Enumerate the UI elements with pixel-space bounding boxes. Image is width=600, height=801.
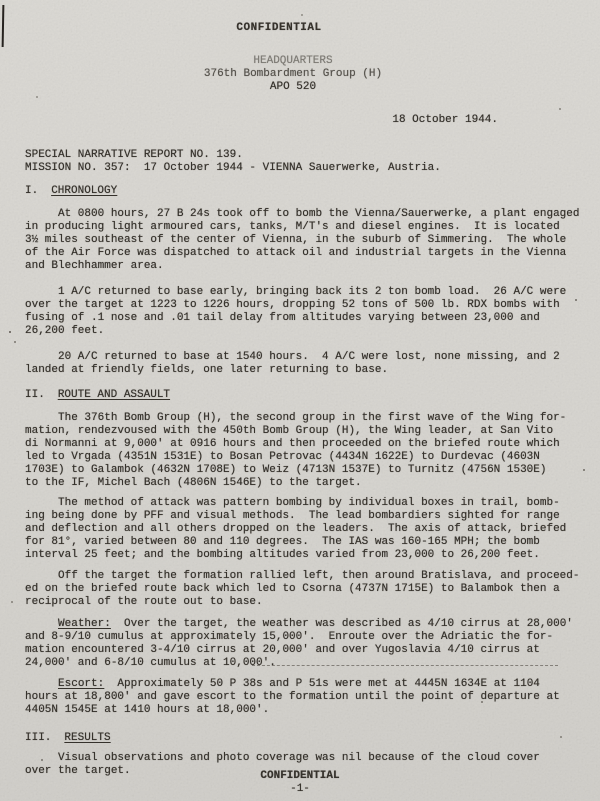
text-line: Off the target the formation rallied lef… — [25, 570, 575, 583]
section-number: II. — [25, 389, 45, 401]
text-line-weather-lead: Weather: Over the target, the weather wa… — [25, 618, 575, 631]
classification-footer: CONFIDENTIAL — [0, 770, 600, 783]
text-line: fusing of .1 nose and .01 tail delay fro… — [25, 312, 575, 325]
text-line: hours at 18,800' and gave escort to the … — [25, 691, 575, 704]
text-line: 24,000' and 6-8/10 cumulus at 10,000'. — [25, 657, 575, 670]
paragraph-route-2: The method of attack was pattern bombing… — [25, 497, 575, 562]
section-number: I. — [25, 185, 38, 197]
text-line: in producing light armoured cars, tanks,… — [25, 221, 575, 234]
section-heading-chronology: I.CHRONOLOGY — [25, 185, 575, 198]
text-line: over the target at 1223 to 1226 hours, d… — [25, 299, 575, 312]
paragraph-route-3: Off the target the formation rallied lef… — [25, 570, 575, 609]
letterhead-group: 376th Bombardment Group (H) — [18, 68, 568, 81]
escort-lead-text: Approximately 50 P 38s and P 51s were me… — [104, 678, 540, 690]
indent — [25, 678, 58, 690]
text-line: landed at friendly fields, one later ret… — [25, 364, 575, 377]
text-line: and Blechhammer area. — [25, 260, 575, 273]
text-line: 3½ miles southeast of the center of Vien… — [25, 234, 575, 247]
classification-header: CONFIDENTIAL — [4, 0, 554, 35]
text-line: interval 25 feet; and the bombing altitu… — [25, 549, 575, 562]
paragraph-escort: Escort: Approximately 50 P 38s and P 51s… — [25, 678, 575, 717]
text-line: 20 A/C returned to base at 1540 hours. 4… — [25, 351, 575, 364]
section-title: RESULTS — [64, 732, 110, 744]
section-heading-results: III.RESULTS — [25, 732, 575, 745]
scan-artifact-dashed-line — [252, 665, 558, 666]
escort-label: Escort: — [58, 678, 104, 690]
text-line: 4405N 1545E at 1410 hours at 18,000'. — [25, 704, 575, 717]
text-line: At 0800 hours, 27 B 24s took off to bomb… — [25, 208, 575, 221]
paragraph-weather: Weather: Over the target, the weather wa… — [25, 618, 575, 670]
document-content: CONFIDENTIAL HEADQUARTERS 376th Bombardm… — [0, 0, 600, 778]
text-line: The method of attack was pattern bombing… — [25, 497, 575, 510]
weather-lead-text: Over the target, the weather was describ… — [111, 618, 573, 630]
text-line: mation encountered 3-4/10 cirrus at 20,0… — [25, 644, 575, 657]
text-line: di Normanni at 9,000' at 0916 hours and … — [25, 438, 575, 451]
weather-label: Weather: — [58, 618, 111, 630]
section-heading-route-and-assault: II.ROUTE AND ASSAULT — [25, 389, 575, 402]
scanned-document-page: CONFIDENTIAL HEADQUARTERS 376th Bombardm… — [0, 0, 600, 801]
text-line: The 376th Bomb Group (H), the second gro… — [25, 412, 575, 425]
letterhead: HEADQUARTERS 376th Bombardment Group (H)… — [18, 55, 568, 94]
letterhead-org: HEADQUARTERS — [18, 55, 568, 68]
text-line: 1 A/C returned to base early, bringing b… — [25, 286, 575, 299]
text-line: mation, rendezvoused with the 450th Bomb… — [25, 425, 575, 438]
text-line: ing being done by PFF and visual methods… — [25, 510, 575, 523]
text-line: to the IF, Michel Bach (4806N 1546E) to … — [25, 477, 575, 490]
paragraph-chronology-3: 20 A/C returned to base at 1540 hours. 4… — [25, 351, 575, 377]
text-line: 26,200 feet. — [25, 325, 575, 338]
page-number: -1- — [0, 783, 600, 796]
paragraph-route-1: The 376th Bomb Group (H), the second gro… — [25, 412, 575, 490]
text-line: ed on the briefed route back which led t… — [25, 583, 575, 596]
text-line: for 81°, varied between 80 and 110 degre… — [25, 536, 575, 549]
text-line: 1703E) to Galambok (4632N 1708E) to Weiz… — [25, 464, 575, 477]
section-title: CHRONOLOGY — [51, 185, 117, 197]
letterhead-apo: APO 520 — [18, 81, 568, 94]
section-title: ROUTE AND ASSAULT — [58, 389, 170, 401]
mission-line: MISSION NO. 357: 17 October 1944 - VIENN… — [25, 162, 575, 175]
indent — [25, 618, 58, 630]
text-line-escort-lead: Escort: Approximately 50 P 38s and P 51s… — [25, 678, 575, 691]
text-line: reciprocal of the route out to base. — [25, 596, 575, 609]
text-line: and deflection and all others dropped on… — [25, 523, 575, 536]
paragraph-chronology-1: At 0800 hours, 27 B 24s took off to bomb… — [25, 208, 575, 273]
document-date: 18 October 1944. — [25, 114, 575, 127]
section-number: III. — [25, 732, 51, 744]
text-line: Visual observations and photo coverage w… — [25, 752, 575, 765]
text-line: and 8-9/10 cumulus at approximately 15,0… — [25, 631, 575, 644]
paragraph-chronology-2: 1 A/C returned to base early, bringing b… — [25, 286, 575, 338]
report-title-block: SPECIAL NARRATIVE REPORT NO. 139. MISSIO… — [25, 149, 575, 175]
text-line: led to Vrgada (4351N 1531E) to Bosan Pet… — [25, 451, 575, 464]
text-line: of the Air Force was dispatched to attac… — [25, 247, 575, 260]
report-number-line: SPECIAL NARRATIVE REPORT NO. 139. — [25, 149, 575, 162]
